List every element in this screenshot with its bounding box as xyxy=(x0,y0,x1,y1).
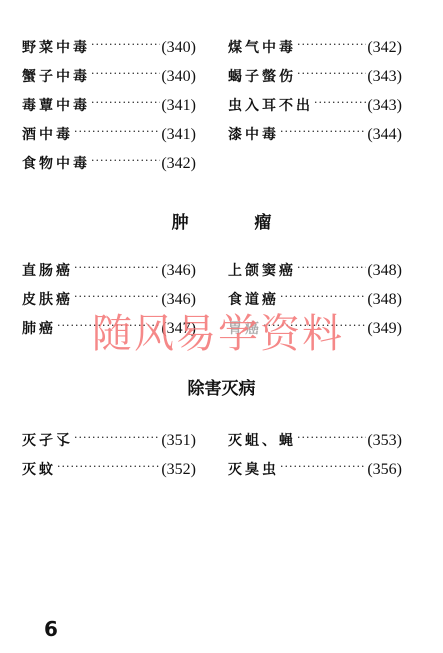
entry-title: 灭臭虫 xyxy=(228,459,279,481)
entry-title: 毒蕈中毒 xyxy=(22,95,90,117)
heading-part: 肿 xyxy=(172,208,189,233)
dot-leader xyxy=(91,34,160,56)
entry-title: 上颌窦癌 xyxy=(228,260,296,282)
dot-leader xyxy=(314,92,366,114)
toc-entry[interactable]: 煤气中毒 (342) xyxy=(228,37,402,59)
toc-entry[interactable]: 虫入耳不出 (343) xyxy=(228,95,402,117)
entry-title: 酒中毒 xyxy=(22,124,73,146)
dot-leader xyxy=(91,150,160,172)
entry-page: (346) xyxy=(161,260,196,282)
entry-title: 灭蛆、蝇 xyxy=(228,430,296,452)
dot-leader xyxy=(297,427,366,449)
entry-page: (341) xyxy=(161,124,196,146)
dot-leader xyxy=(57,456,160,478)
toc-entry[interactable]: 野菜中毒 (340) xyxy=(22,37,196,59)
entry-title: 蟹子中毒 xyxy=(22,66,90,88)
entry-title: 食物中毒 xyxy=(22,153,90,175)
dot-leader xyxy=(74,427,160,449)
entry-page: (340) xyxy=(161,37,196,59)
page-number: 6 xyxy=(44,617,58,641)
entry-page: (342) xyxy=(161,153,196,175)
dot-leader xyxy=(297,257,366,279)
dot-leader xyxy=(91,63,160,85)
toc-entry[interactable]: 毒蕈中毒 (341) xyxy=(22,95,196,117)
toc-entry[interactable]: 蟹子中毒 (340) xyxy=(22,66,196,88)
dot-leader xyxy=(74,257,160,279)
toc-entry[interactable]: 灭臭虫 (356) xyxy=(228,459,402,481)
entry-title: 直肠癌 xyxy=(22,260,73,282)
heading-part: 瘤 xyxy=(254,208,271,233)
dot-leader xyxy=(280,456,366,478)
entry-page: (348) xyxy=(367,260,402,282)
toc-entry[interactable]: 蝎子螫伤 (343) xyxy=(228,66,402,88)
entry-page: (341) xyxy=(161,95,196,117)
watermark: 随风易学资料 xyxy=(92,302,344,359)
section-heading-pest-control: 除害灭病 xyxy=(0,374,443,399)
entry-page: (343) xyxy=(367,66,402,88)
entry-page: (342) xyxy=(367,37,402,59)
toc-entry[interactable]: 漆中毒 (344) xyxy=(228,124,402,146)
entry-title: 肺癌 xyxy=(22,318,56,340)
entry-page: (348) xyxy=(367,289,402,311)
entry-title: 野菜中毒 xyxy=(22,37,90,59)
entry-title: 煤气中毒 xyxy=(228,37,296,59)
toc-entry[interactable]: 上颌窦癌 (348) xyxy=(228,260,402,282)
entry-title: 灭蚊 xyxy=(22,459,56,481)
dot-leader xyxy=(74,121,160,143)
toc-entry[interactable]: 灭蛆、蝇 (353) xyxy=(228,430,402,452)
toc-entry[interactable]: 直肠癌 (346) xyxy=(22,260,196,282)
entry-title: 灭孑孓 xyxy=(22,430,73,452)
entry-title: 皮肤癌 xyxy=(22,289,73,311)
entry-page: (344) xyxy=(367,124,402,146)
entry-page: (351) xyxy=(161,430,196,452)
toc-entry[interactable]: 灭孑孓 (351) xyxy=(22,430,196,452)
section-heading-tumor: 肿 瘤 xyxy=(0,208,443,233)
dot-leader xyxy=(280,121,366,143)
dot-leader xyxy=(297,34,366,56)
entry-title: 漆中毒 xyxy=(228,124,279,146)
entry-page: (352) xyxy=(161,459,196,481)
toc-entry[interactable]: 灭蚊 (352) xyxy=(22,459,196,481)
entry-page: (353) xyxy=(367,430,402,452)
entry-page: (343) xyxy=(367,95,402,117)
entry-title: 虫入耳不出 xyxy=(228,95,313,117)
dot-leader xyxy=(91,92,160,114)
toc-entry[interactable]: 食物中毒 (342) xyxy=(22,153,196,175)
dot-leader xyxy=(297,63,366,85)
entry-page: (349) xyxy=(367,318,402,340)
toc-entry[interactable]: 酒中毒 (341) xyxy=(22,124,196,146)
entry-page: (340) xyxy=(161,66,196,88)
entry-page: (356) xyxy=(367,459,402,481)
entry-title: 蝎子螫伤 xyxy=(228,66,296,88)
